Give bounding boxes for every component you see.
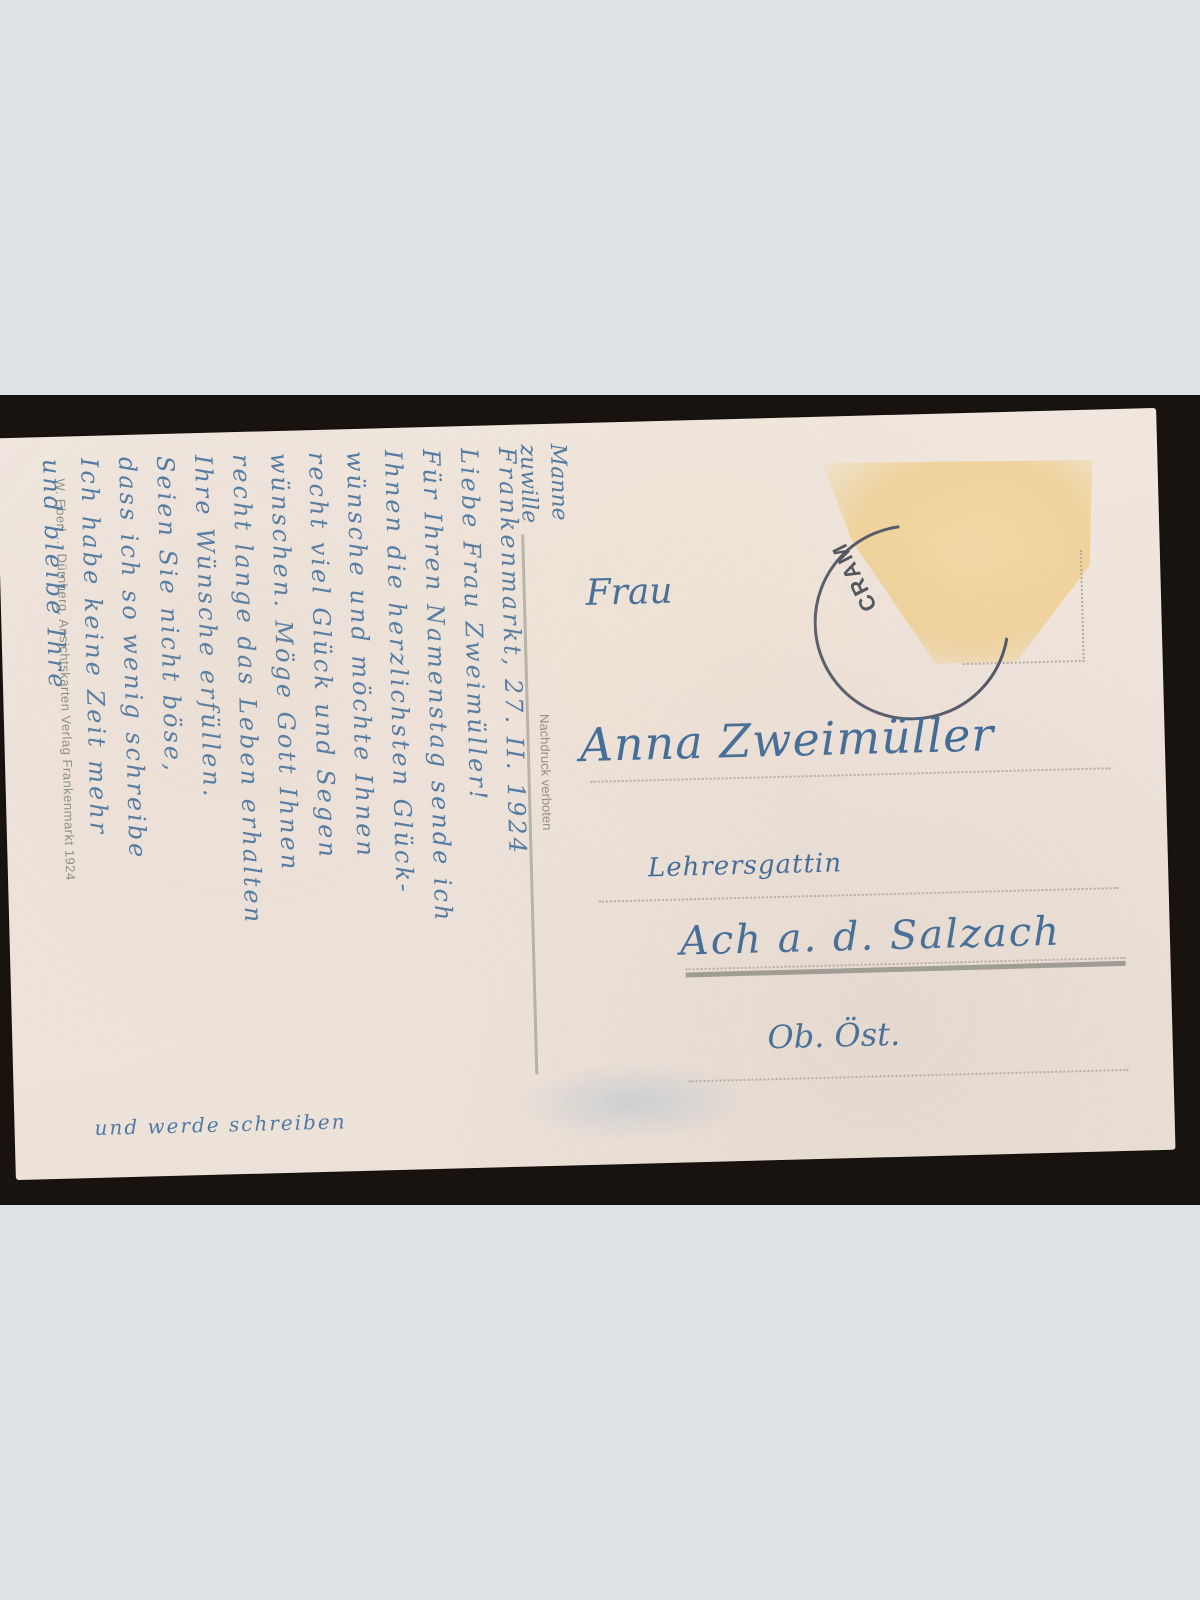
- address-dotted-line: [599, 887, 1119, 903]
- ink-smudge: [513, 1059, 755, 1145]
- address-salutation: Frau: [585, 571, 673, 614]
- address-region: Ob. Öst.: [767, 1015, 901, 1056]
- address-name: Anna Zweimüller: [579, 707, 995, 772]
- margin-note: Manne zuwille: [512, 443, 575, 565]
- address-town: Ach a. d. Salzach: [679, 909, 1061, 965]
- photo-frame: W. Eberl … Dürnberg, Ansichtskarten Verl…: [0, 395, 1200, 1205]
- address-occupation: Lehrersgattin: [648, 848, 843, 883]
- margin-note-line: Manne: [545, 443, 572, 521]
- message-area: W. Eberl … Dürnberg, Ansichtskarten Verl…: [27, 446, 555, 1159]
- margin-note-line: zuwille: [515, 444, 542, 523]
- address-dotted-line: [689, 1069, 1129, 1083]
- postcard-back: W. Eberl … Dürnberg, Ansichtskarten Verl…: [0, 408, 1176, 1180]
